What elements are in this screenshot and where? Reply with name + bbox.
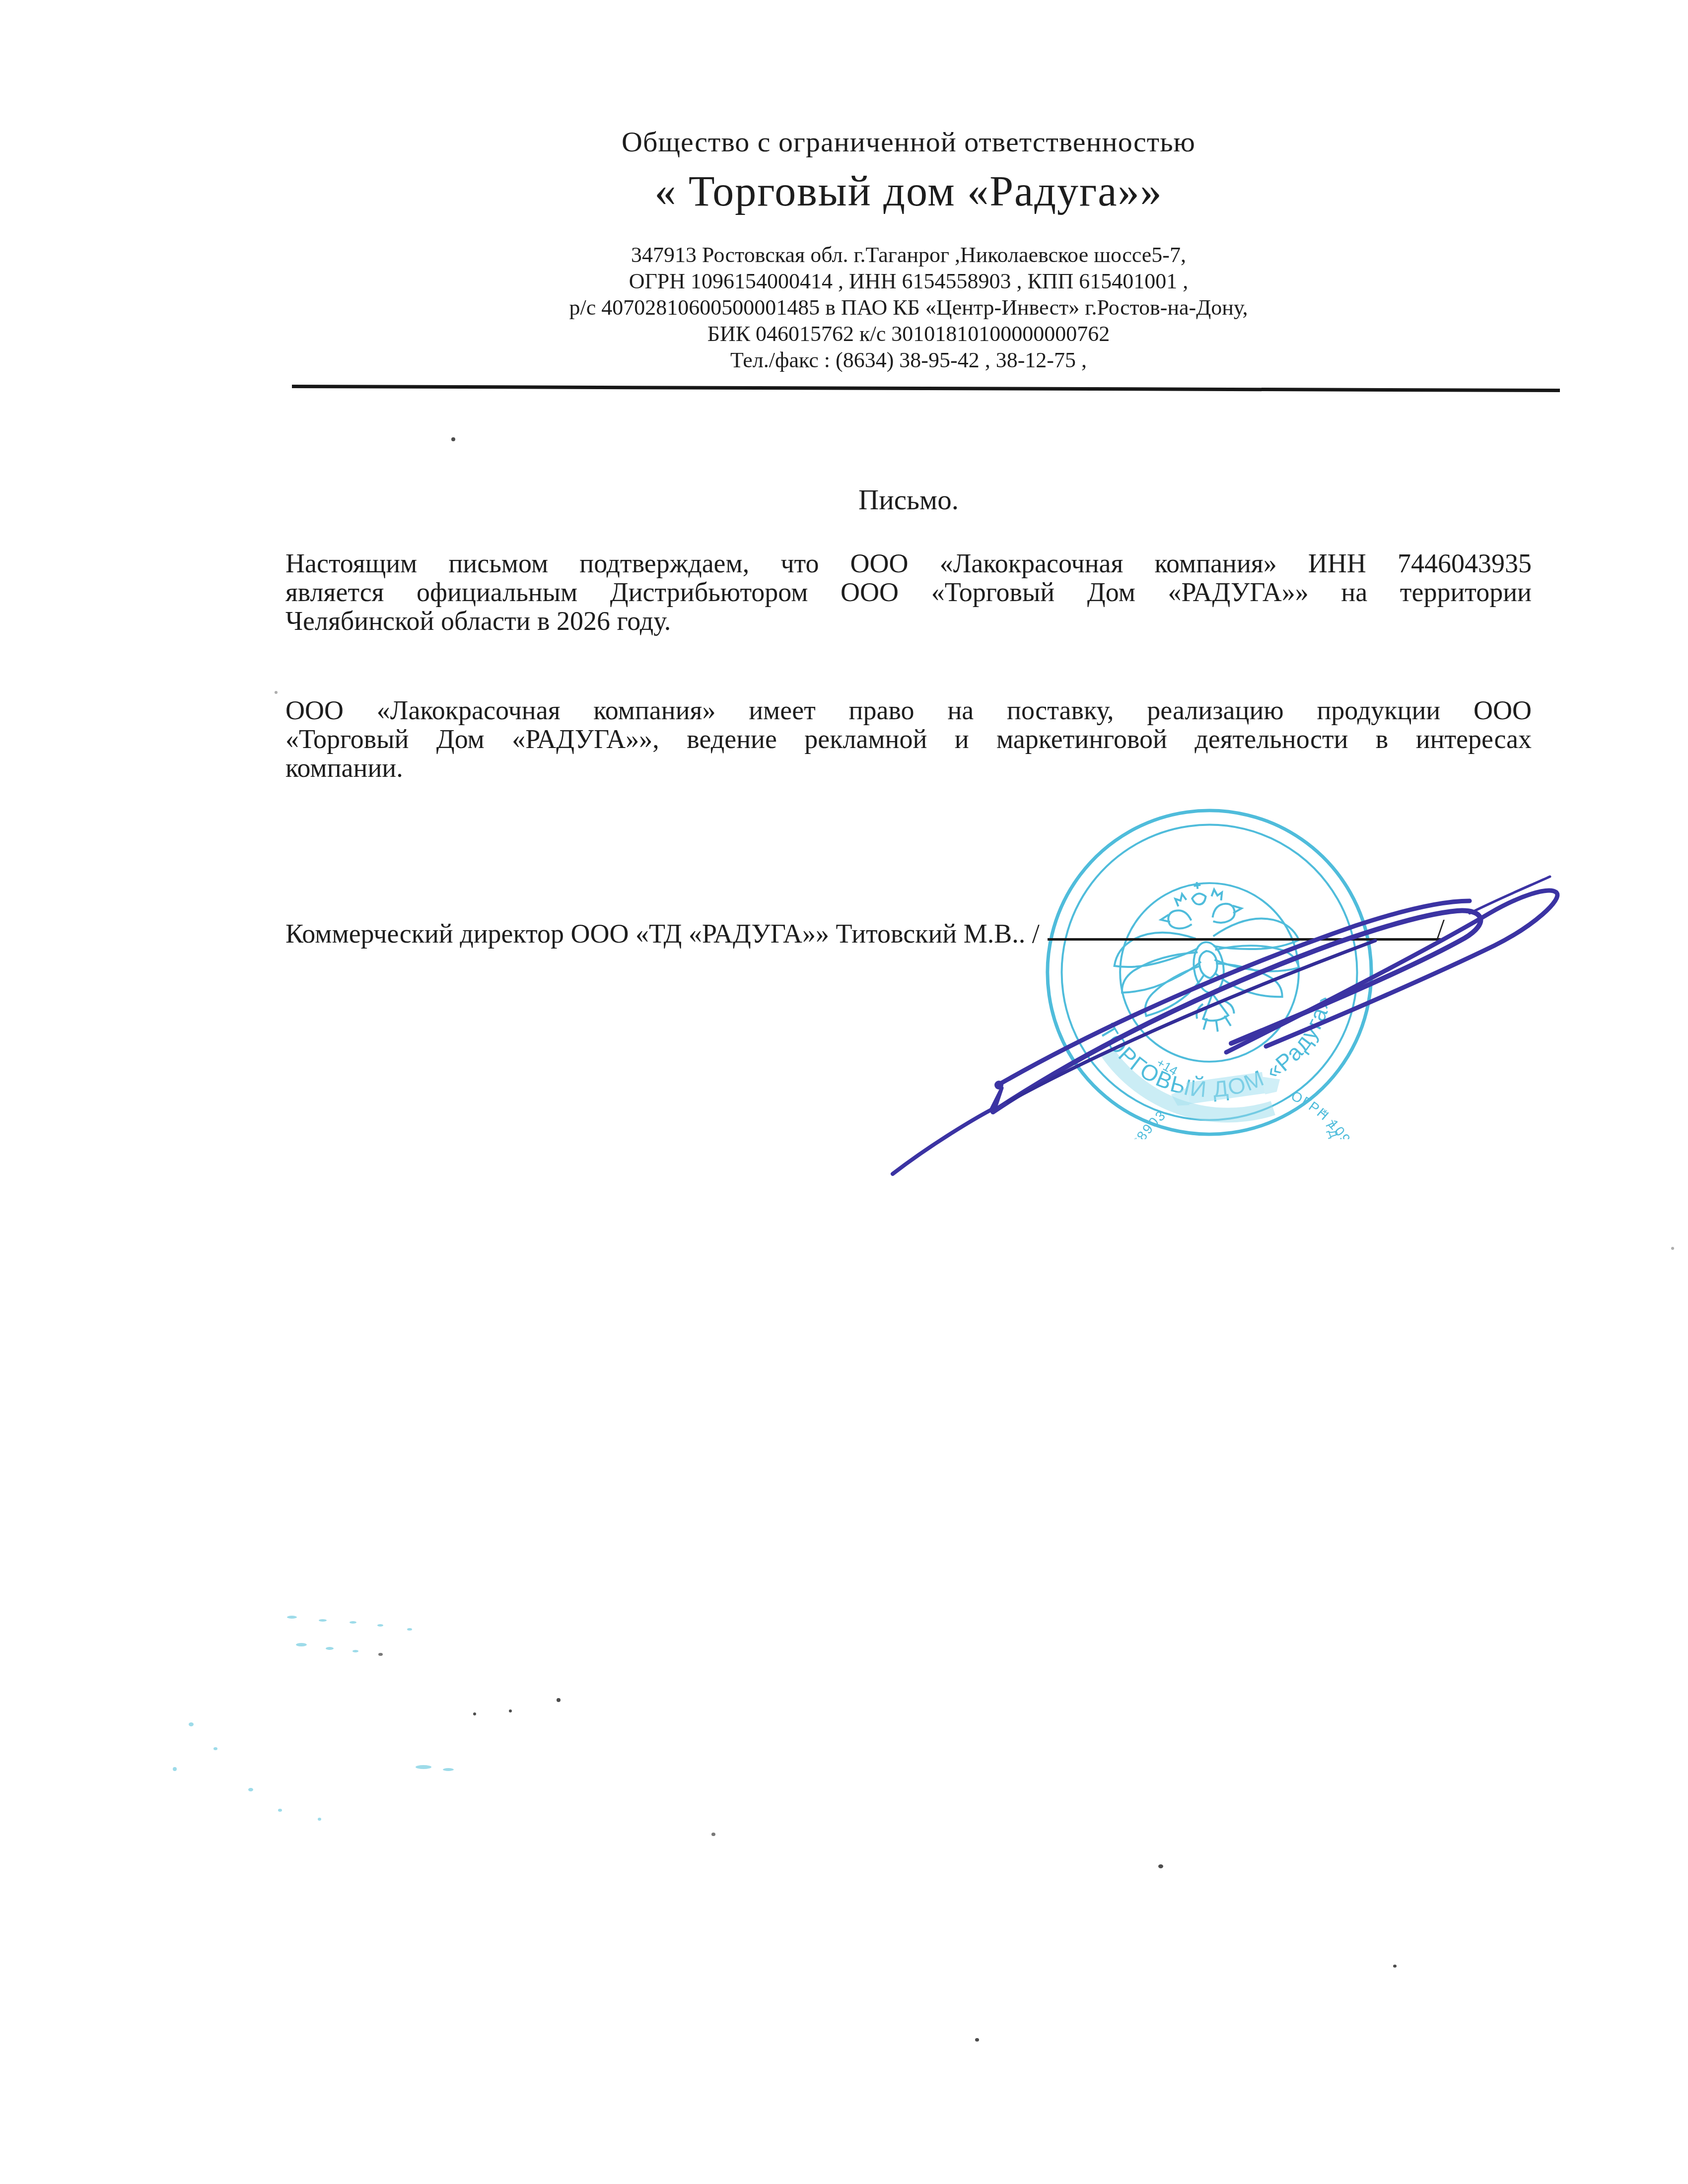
scan-speckle <box>275 691 278 694</box>
scan-speckle <box>296 1643 307 1646</box>
paragraph-line: Настоящим письмом подтверждаем, что ООО … <box>285 549 1532 578</box>
signature-stroke <box>893 1110 991 1174</box>
paragraph-1: Настоящим письмом подтверждаем, что ООО … <box>285 549 1532 635</box>
scan-speckle <box>1671 1247 1674 1250</box>
scan-speckle <box>352 1650 358 1652</box>
scan-speckle <box>407 1628 412 1631</box>
scan-speckle <box>287 1616 297 1619</box>
scan-speckle <box>248 1788 253 1791</box>
scan-speckle <box>1393 1965 1397 1968</box>
signature-ink-blob <box>994 1081 1003 1090</box>
address-block: 347913 Ростовская обл. г.Таганрог ,Никол… <box>285 242 1532 373</box>
scan-speckle <box>557 1698 561 1702</box>
scan-speckle <box>416 1765 431 1769</box>
scan-speckle <box>319 1619 327 1622</box>
letterhead-divider-rule <box>292 385 1560 392</box>
address-line: Тел./факс : (8634) 38-95-42 , 38-12-75 , <box>285 347 1532 373</box>
address-line: ОГРН 1096154000414 , ИНН 6154558903 , КП… <box>285 268 1532 294</box>
scan-speckle <box>350 1621 356 1624</box>
scan-speckle <box>443 1768 454 1771</box>
scan-speckle <box>473 1712 476 1715</box>
paragraph-line: «Торговый Дом «РАДУГА»», ведение рекламн… <box>285 725 1532 753</box>
scan-speckle <box>318 1818 321 1821</box>
letterhead: Общество с ограниченной ответственностью… <box>285 125 1532 373</box>
scan-speckle <box>213 1747 217 1750</box>
scan-speckle <box>509 1709 512 1712</box>
paragraph-line: ООО «Лакокрасочная компания» имеет право… <box>285 696 1532 725</box>
scan-speckle <box>451 437 455 441</box>
scan-speckle <box>975 2038 979 2042</box>
scan-speckle <box>1158 1864 1163 1868</box>
paragraph-line: Челябинской области в 2026 году. <box>285 607 1532 635</box>
address-line: р/с 40702810600500001485 в ПАО КБ «Центр… <box>285 294 1532 321</box>
scanned-letter-page: Общество с ограниченной ответственностью… <box>0 0 1688 2184</box>
paragraph-line: компании. <box>285 753 1532 782</box>
handwritten-signature <box>819 844 1564 1201</box>
org-type-line: Общество с ограниченной ответственностью <box>285 125 1532 158</box>
paragraph-line: является официальным Дистрибьютором ООО … <box>285 578 1532 607</box>
scan-speckle <box>173 1767 177 1771</box>
signature-stroke <box>1470 877 1550 913</box>
scan-speckle <box>377 1624 383 1627</box>
scan-speckle <box>189 1722 194 1726</box>
signature-stroke <box>993 911 1480 1112</box>
scan-speckle <box>378 1653 383 1656</box>
address-line: 347913 Ростовская обл. г.Таганрог ,Никол… <box>285 242 1532 268</box>
scan-speckle <box>326 1647 334 1650</box>
letter-title: Письмо. <box>285 484 1532 516</box>
address-line: БИК 046015762 к/с 30101810100000000762 <box>285 321 1532 347</box>
scan-speckle <box>711 1833 715 1836</box>
org-name-line: « Торговый дом «Радуга»» <box>285 166 1532 216</box>
paragraph-2: ООО «Лакокрасочная компания» имеет право… <box>285 696 1532 782</box>
scan-speckle <box>278 1809 282 1812</box>
signature-stroke <box>998 901 1470 1085</box>
